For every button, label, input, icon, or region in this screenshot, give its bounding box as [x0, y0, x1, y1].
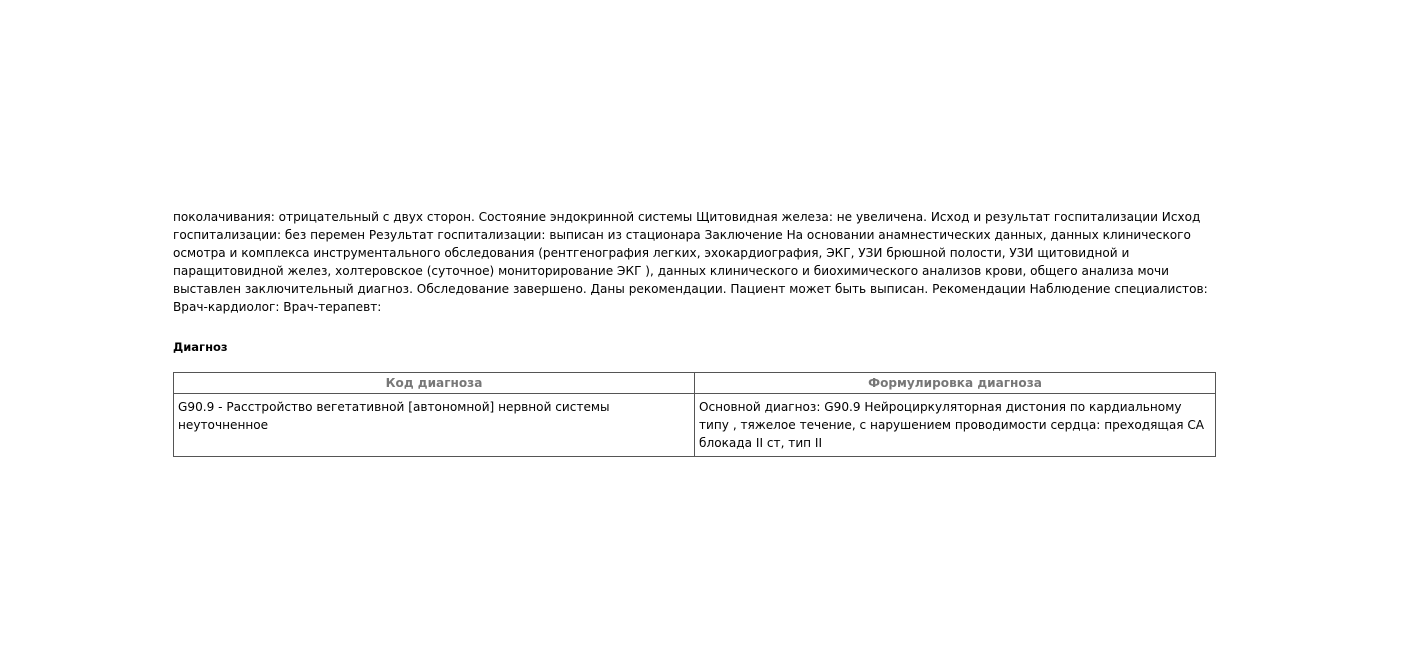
header-diagnosis-formulation: Формулировка диагноза — [695, 373, 1216, 394]
document-body: поколачивания: отрицательный с двух стор… — [173, 208, 1233, 457]
diagnosis-section-title: Диагноз — [173, 339, 1233, 355]
cell-diagnosis-code: G90.9 - Расстройство вегетативной [автон… — [174, 394, 695, 457]
header-diagnosis-code: Код диагноза — [174, 373, 695, 394]
diagnosis-table: Код диагноза Формулировка диагноза G90.9… — [173, 372, 1216, 457]
table-row: G90.9 - Расстройство вегетативной [автон… — [174, 394, 1216, 457]
conclusion-paragraph: поколачивания: отрицательный с двух стор… — [173, 208, 1233, 316]
table-header-row: Код диагноза Формулировка диагноза — [174, 373, 1216, 394]
cell-diagnosis-formulation: Основной диагноз: G90.9 Нейроциркуляторн… — [695, 394, 1216, 457]
